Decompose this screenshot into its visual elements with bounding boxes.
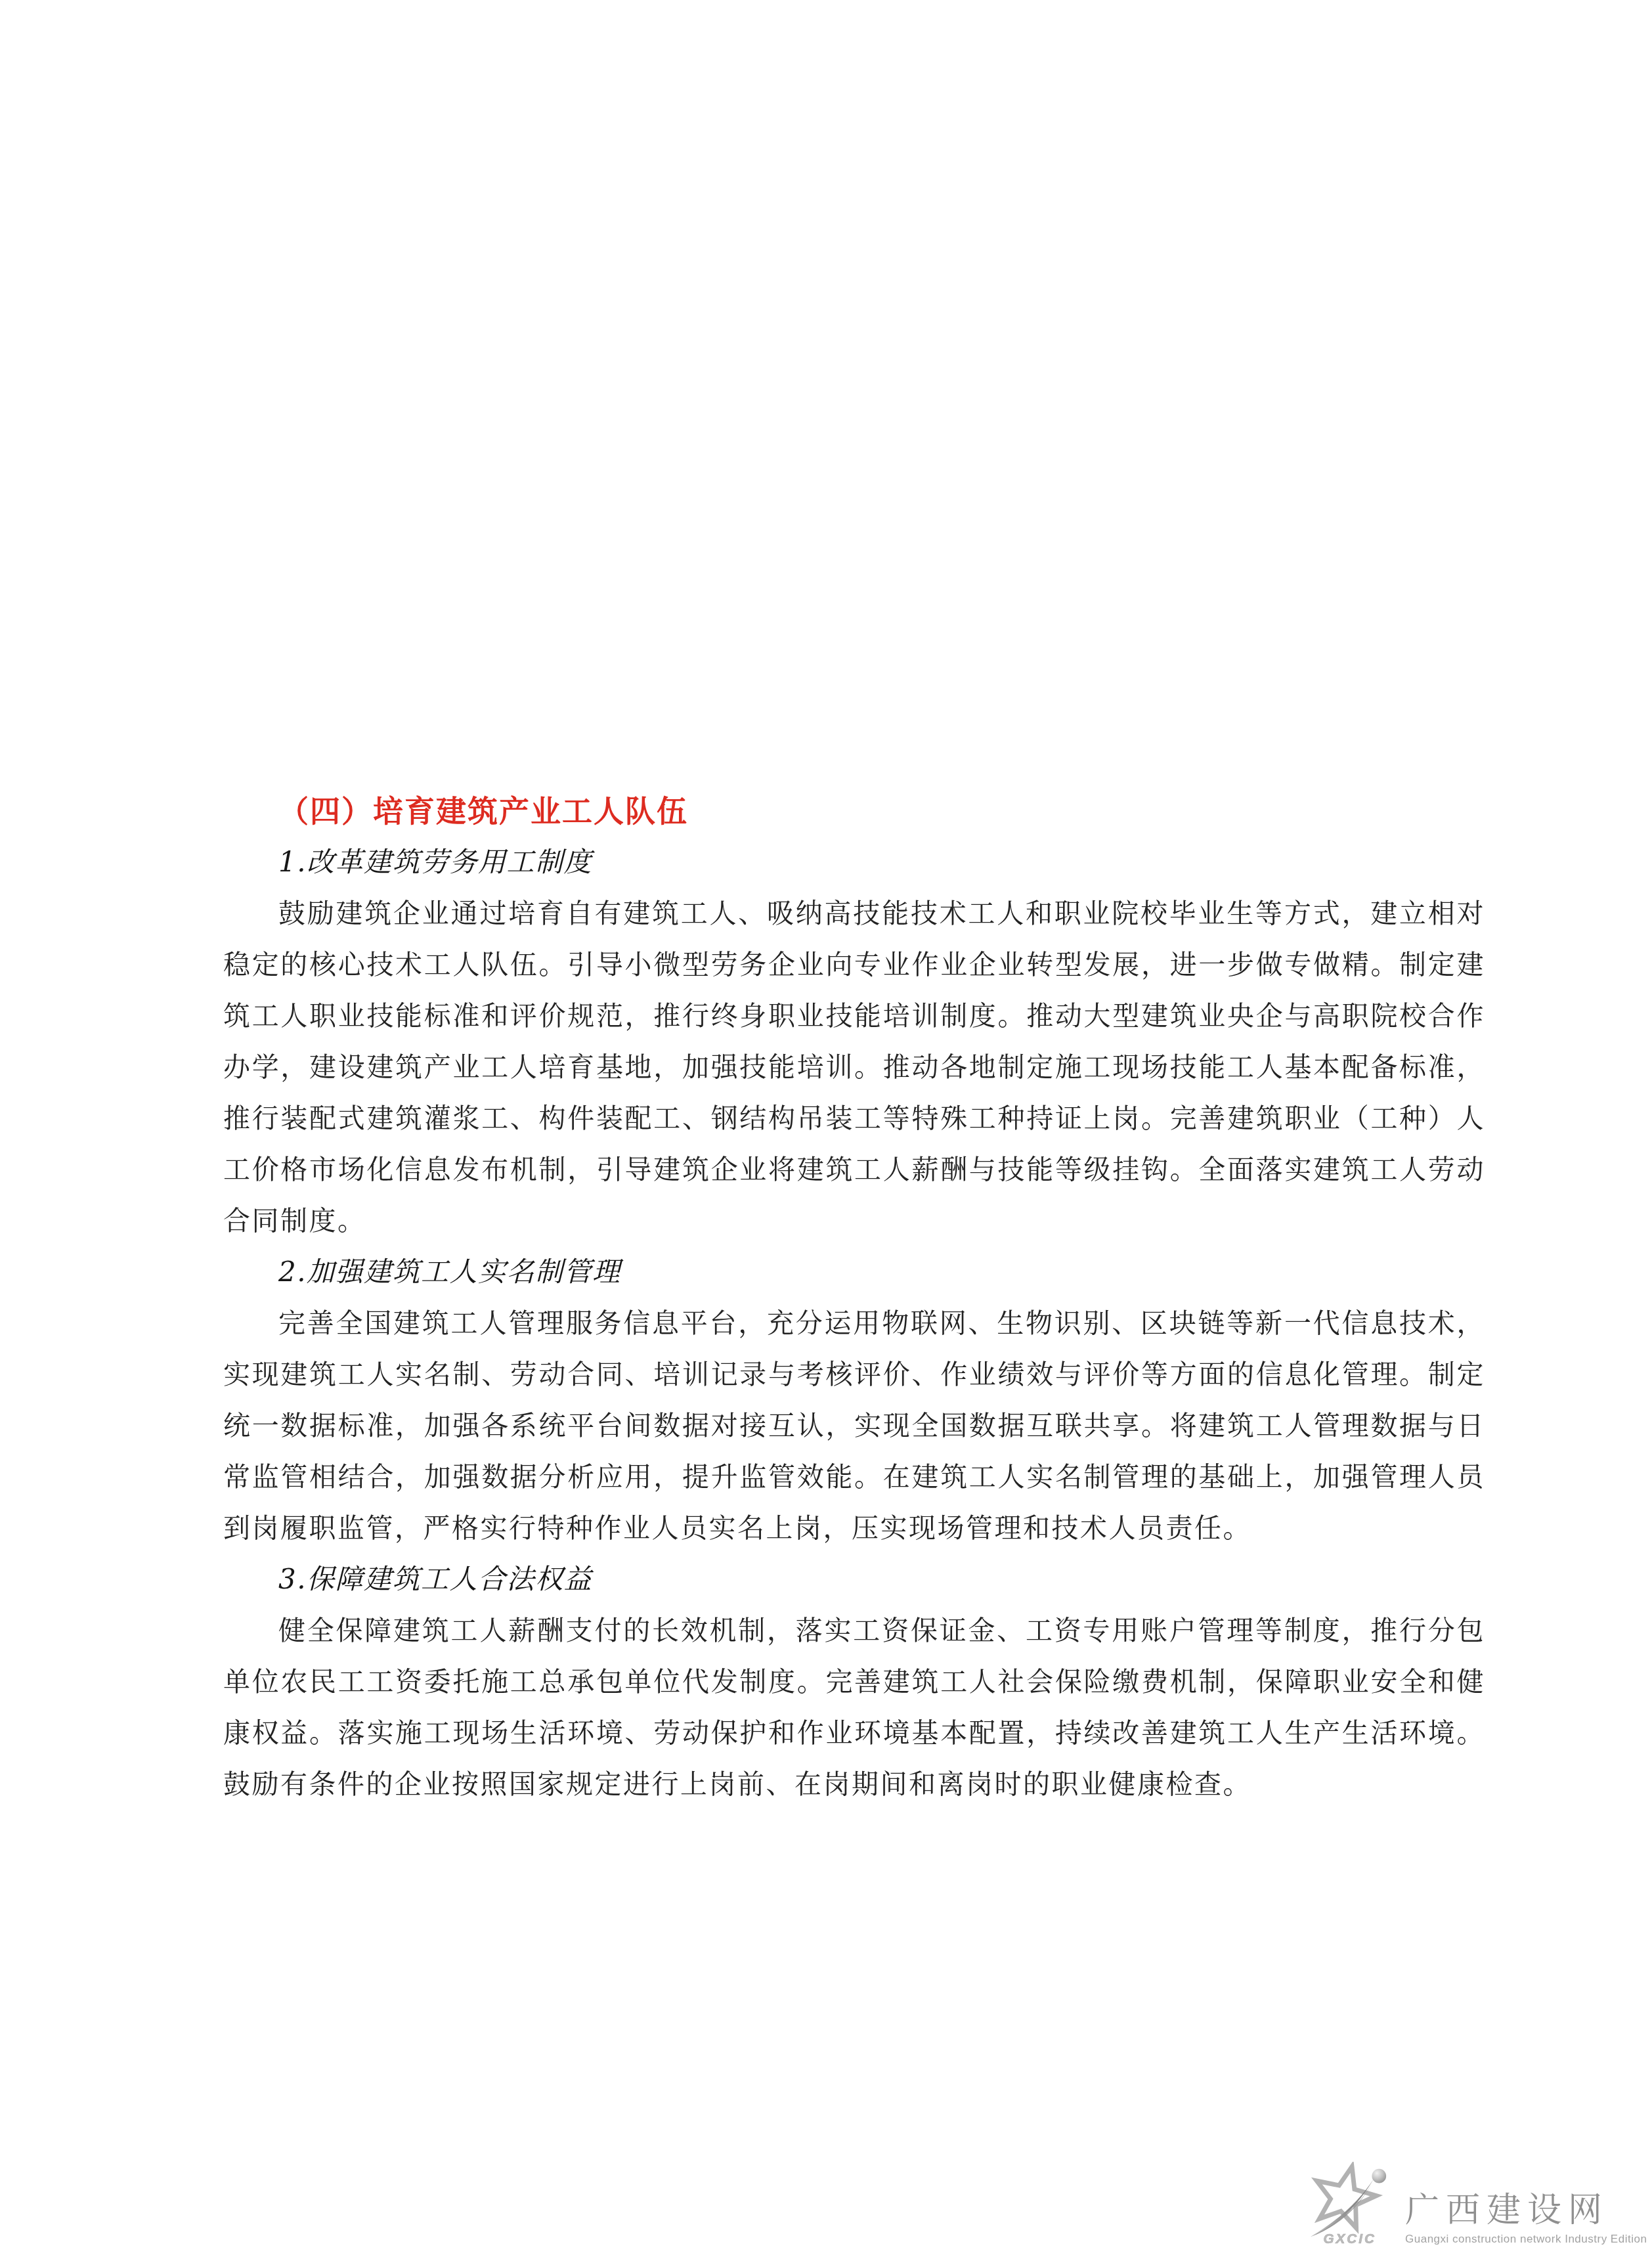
watermark-site-name: 广西建设网 bbox=[1405, 2191, 1647, 2230]
document-content: （四）培育建筑产业工人队伍 1.改革建筑劳务用工制度 鼓励建筑企业通过培育自有建… bbox=[223, 785, 1485, 1810]
subsection-3: 3.保障建筑工人合法权益 健全保障建筑工人薪酬支付的长效机制，落实工资保证金、工… bbox=[223, 1554, 1485, 1810]
document-page: （四）培育建筑产业工人队伍 1.改革建筑劳务用工制度 鼓励建筑企业通过培育自有建… bbox=[0, 0, 1652, 2257]
watermark-tagline: Guangxi construction network Industry Ed… bbox=[1405, 2233, 1647, 2246]
subsection-2: 2.加强建筑工人实名制管理 完善全国建筑工人管理服务信息平台，充分运用物联网、生… bbox=[223, 1246, 1485, 1554]
subsection-1-heading: 1.改革建筑劳务用工制度 bbox=[223, 837, 1485, 888]
subsection-1-paragraph: 鼓励建筑企业通过培育自有建筑工人、吸纳高技能技术工人和职业院校毕业生等方式，建立… bbox=[223, 888, 1485, 1246]
subsection-1: 1.改革建筑劳务用工制度 鼓励建筑企业通过培育自有建筑工人、吸纳高技能技术工人和… bbox=[223, 837, 1485, 1246]
watermark-logo: GXCIC /* acronym text filled from data b… bbox=[1307, 2162, 1647, 2248]
svg-text:GXCIC: GXCIC bbox=[1324, 2231, 1376, 2246]
subsection-3-heading: 3.保障建筑工人合法权益 bbox=[223, 1554, 1485, 1605]
subsection-2-heading: 2.加强建筑工人实名制管理 bbox=[223, 1246, 1485, 1298]
subsection-3-paragraph: 健全保障建筑工人薪酬支付的长效机制，落实工资保证金、工资专用账户管理等制度，推行… bbox=[223, 1605, 1485, 1810]
watermark-text: 广西建设网 Guangxi construction network Indus… bbox=[1405, 2191, 1647, 2248]
subsection-2-paragraph: 完善全国建筑工人管理服务信息平台，充分运用物联网、生物识别、区块链等新一代信息技… bbox=[223, 1298, 1485, 1554]
section-title: （四）培育建筑产业工人队伍 bbox=[223, 785, 1485, 837]
gxcic-star-logo-icon: GXCIC /* acronym text filled from data b… bbox=[1307, 2162, 1391, 2248]
